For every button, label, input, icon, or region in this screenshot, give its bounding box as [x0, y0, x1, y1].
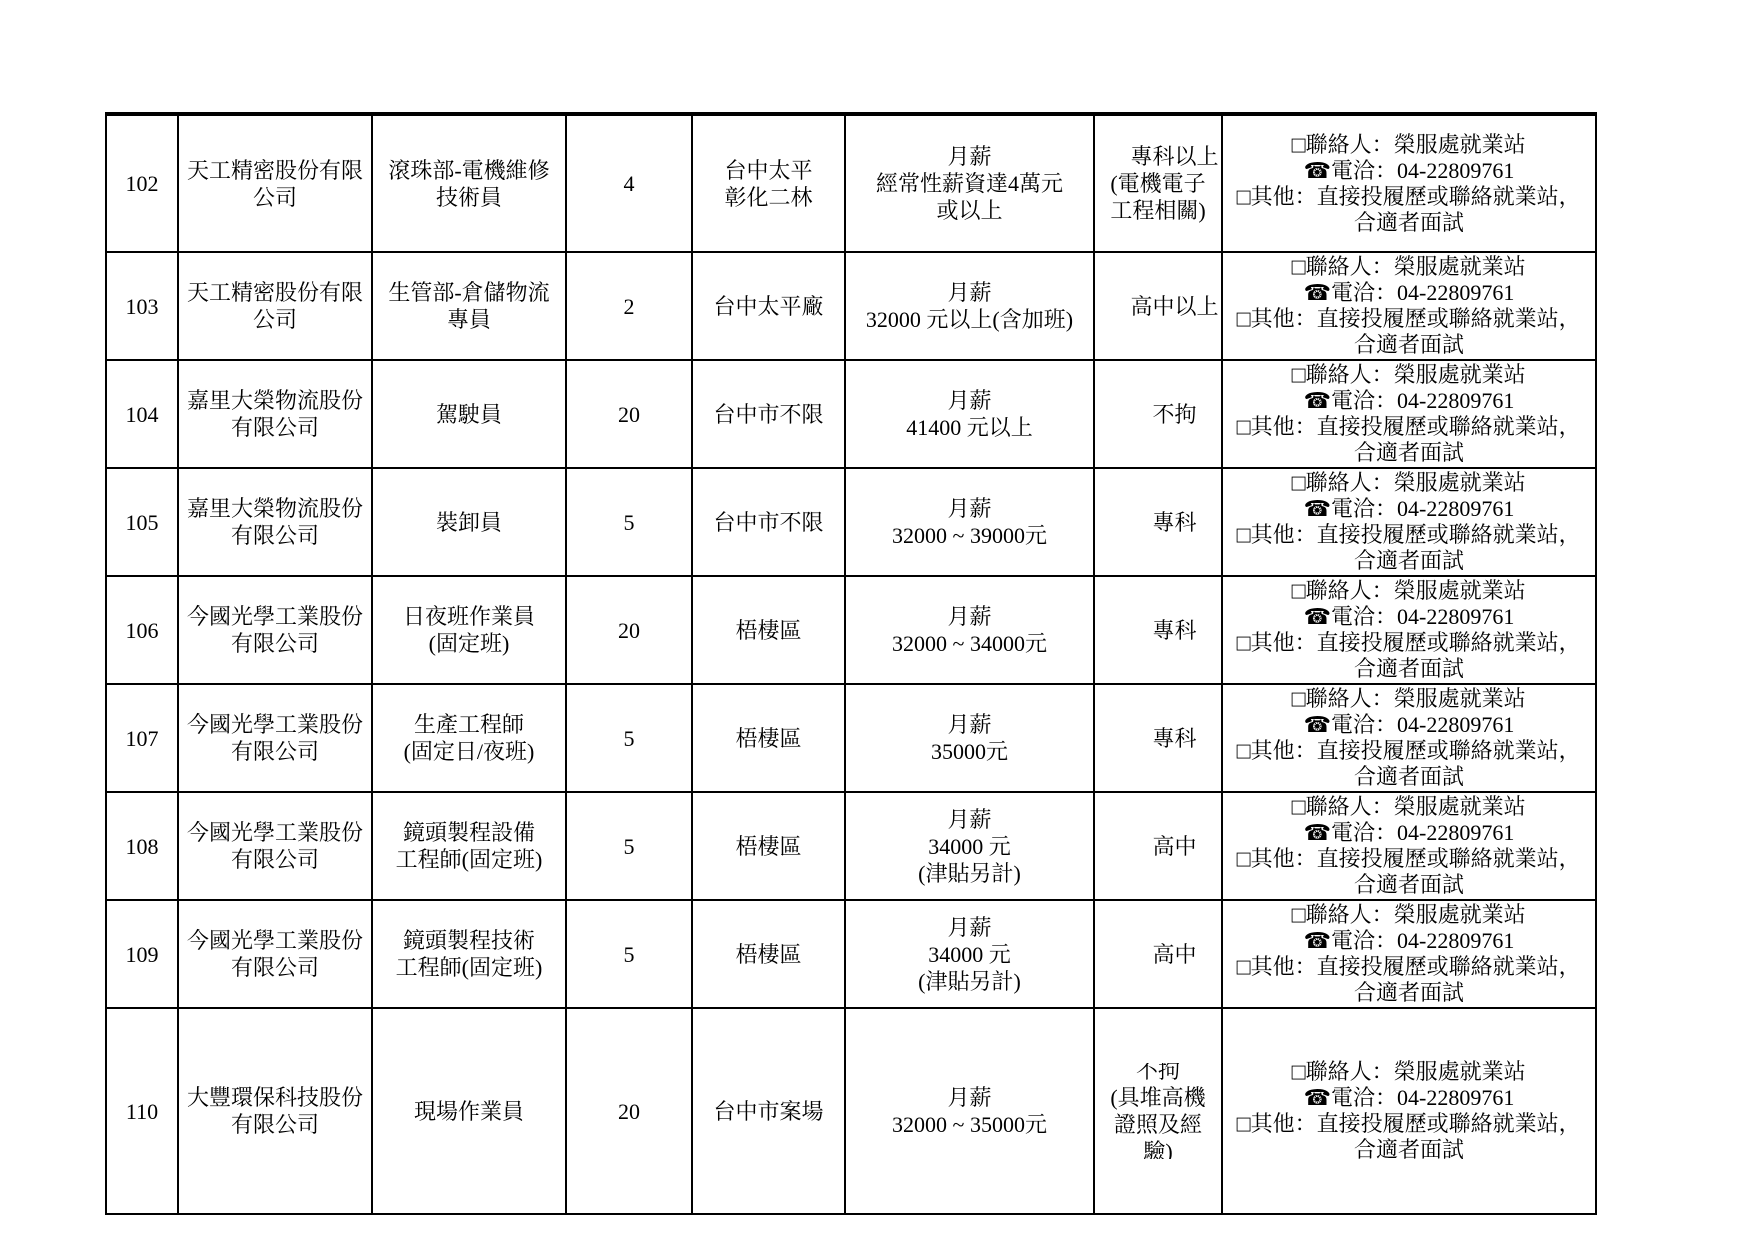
contact-phone-text: 電洽：04-22809761: [1331, 604, 1514, 629]
contact-phone-text: 電洽：04-22809761: [1331, 496, 1514, 521]
row-number: 104: [106, 360, 178, 468]
checkbox-icon: □: [1237, 846, 1251, 872]
education-text: 高中: [1152, 942, 1196, 967]
phone-icon: ☎: [1304, 496, 1331, 522]
contact-person-line: □聯絡人：榮服處就業站: [1223, 686, 1595, 712]
education-text: 不拘: [1152, 402, 1196, 427]
contact-phone-line: ☎電洽：04-22809761: [1223, 604, 1595, 630]
contact-person-line: □聯絡人：榮服處就業站: [1223, 362, 1595, 388]
checkbox-icon: □: [1237, 954, 1251, 980]
contact-person-text: 聯絡人：榮服處就業站: [1306, 902, 1526, 927]
salary-cell: 月薪 34000 元 (津貼另計): [845, 792, 1094, 900]
contact-other-line: □其他：直接投履歷或聯絡就業站，: [1223, 846, 1595, 872]
company-cell: 今國光學工業股份 有限公司: [178, 792, 372, 900]
phone-icon: ☎: [1304, 388, 1331, 414]
openings-count-cell: 5: [566, 900, 692, 1008]
contact-other-line: □其他：直接投履歷或聯絡就業站，: [1223, 184, 1595, 210]
contact-cell: □聯絡人：榮服處就業站 ☎電洽：04-22809761 □其他：直接投履歷或聯絡…: [1222, 576, 1596, 684]
openings-count-cell: 20: [566, 1008, 692, 1214]
contact-person-line: □聯絡人：榮服處就業站: [1223, 794, 1595, 820]
contact-person-text: 聯絡人：榮服處就業站: [1306, 470, 1526, 495]
openings-count-cell: 5: [566, 468, 692, 576]
location-cell: 台中市不限: [692, 360, 845, 468]
company-cell: 大豐環保科技股份 有限公司: [178, 1008, 372, 1214]
contact-other-line: □其他：直接投履歷或聯絡就業站，: [1223, 954, 1595, 980]
contact-other-text: 其他：直接投履歷或聯絡就業站，: [1251, 1111, 1581, 1136]
openings-count-cell: 5: [566, 792, 692, 900]
location-cell: 梧棲區: [692, 684, 845, 792]
openings-count-cell: 2: [566, 252, 692, 360]
contact-phone-text: 電洽：04-22809761: [1331, 1085, 1514, 1110]
education-text: 專科: [1152, 726, 1196, 751]
table-row: 105 嘉里大榮物流股份 有限公司 裝卸員 5 台中市不限 月薪 32000 ~…: [106, 468, 1596, 576]
contact-person-line: □聯絡人：榮服處就業站: [1223, 254, 1595, 280]
contact-person-text: 聯絡人：榮服處就業站: [1306, 362, 1526, 387]
contact-other-continuation: 合適者面試: [1223, 1137, 1595, 1163]
table-row: 104 嘉里大榮物流股份 有限公司 駕駛員 20 台中市不限 月薪 41400 …: [106, 360, 1596, 468]
education-cell: 高中: [1094, 792, 1222, 900]
contact-cell: □聯絡人：榮服處就業站 ☎電洽：04-22809761 □其他：直接投履歷或聯絡…: [1222, 900, 1596, 1008]
row-number: 102: [106, 114, 178, 252]
page: { "icons": { "checkbox": "□", "phone": "…: [0, 0, 1755, 1241]
contact-cell: □聯絡人：榮服處就業站 ☎電洽：04-22809761 □其他：直接投履歷或聯絡…: [1222, 360, 1596, 468]
location-cell: 台中太平廠: [692, 252, 845, 360]
contact-person-text: 聯絡人：榮服處就業站: [1306, 794, 1526, 819]
job-title-cell: 滾珠部-電機維修 技術員: [372, 114, 566, 252]
contact-other-cont-text: 合適者面試: [1354, 210, 1464, 235]
checkbox-icon: □: [1237, 630, 1251, 656]
contact-phone-line: ☎電洽：04-22809761: [1223, 280, 1595, 306]
contact-other-text: 其他：直接投履歷或聯絡就業站，: [1251, 630, 1581, 655]
contact-other-line: □其他：直接投履歷或聯絡就業站，: [1223, 522, 1595, 548]
contact-person-text: 聯絡人：榮服處就業站: [1306, 1059, 1526, 1084]
contact-other-cont-text: 合適者面試: [1354, 332, 1464, 357]
contact-phone-text: 電洽：04-22809761: [1331, 820, 1514, 845]
contact-person-line: □聯絡人：榮服處就業站: [1223, 1059, 1595, 1085]
table-row: 103 天工精密股份有限 公司 生管部-倉儲物流 專員 2 台中太平廠 月薪 3…: [106, 252, 1596, 360]
education-cell: 高中: [1094, 900, 1222, 1008]
contact-person-text: 聯絡人：榮服處就業站: [1306, 132, 1526, 157]
row-number: 108: [106, 792, 178, 900]
contact-person-text: 聯絡人：榮服處就業站: [1306, 578, 1526, 603]
contact-other-cont-text: 合適者面試: [1354, 656, 1464, 681]
contact-other-cont-text: 合適者面試: [1354, 980, 1464, 1005]
salary-cell: 月薪 35000元: [845, 684, 1094, 792]
checkbox-icon: □: [1292, 686, 1306, 712]
contact-cell: □聯絡人：榮服處就業站 ☎電洽：04-22809761 □其他：直接投履歷或聯絡…: [1222, 114, 1596, 252]
contact-person-text: 聯絡人：榮服處就業站: [1306, 686, 1526, 711]
contact-other-cont-text: 合適者面試: [1354, 1137, 1464, 1162]
contact-other-continuation: 合適者面試: [1223, 440, 1595, 466]
contact-other-continuation: 合適者面試: [1223, 332, 1595, 358]
contact-person-line: □聯絡人：榮服處就業站: [1223, 470, 1595, 496]
education-text: 高中以上: [1130, 294, 1218, 319]
row-number: 106: [106, 576, 178, 684]
location-cell: 梧棲區: [692, 576, 845, 684]
contact-other-line: □其他：直接投履歷或聯絡就業站，: [1223, 738, 1595, 764]
company-cell: 天工精密股份有限 公司: [178, 252, 372, 360]
company-cell: 今國光學工業股份 有限公司: [178, 576, 372, 684]
checkbox-icon: □: [1237, 522, 1251, 548]
contact-other-text: 其他：直接投履歷或聯絡就業站，: [1251, 522, 1581, 547]
education-cell: 專科: [1094, 468, 1222, 576]
checkbox-icon: □: [1292, 794, 1306, 820]
row-number: 110: [106, 1008, 178, 1214]
contact-other-cont-text: 合適者面試: [1354, 872, 1464, 897]
checkbox-icon: □: [1237, 184, 1251, 210]
job-title-cell: 日夜班作業員 (固定班): [372, 576, 566, 684]
table-row: 106 今國光學工業股份 有限公司 日夜班作業員 (固定班) 20 梧棲區 月薪…: [106, 576, 1596, 684]
education-cell: 專科: [1094, 684, 1222, 792]
checkbox-icon: □: [1292, 902, 1306, 928]
education-cell: 專科: [1094, 576, 1222, 684]
contact-other-cont-text: 合適者面試: [1354, 440, 1464, 465]
contact-other-text: 其他：直接投履歷或聯絡就業站，: [1251, 306, 1581, 331]
checkbox-icon: □: [1292, 132, 1306, 158]
contact-person-line: □聯絡人：榮服處就業站: [1223, 578, 1595, 604]
phone-icon: ☎: [1304, 712, 1331, 738]
contact-other-continuation: 合適者面試: [1223, 980, 1595, 1006]
contact-phone-line: ☎電洽：04-22809761: [1223, 496, 1595, 522]
education-cell: 不拘: [1094, 360, 1222, 468]
phone-icon: ☎: [1304, 928, 1331, 954]
location-cell: 台中市不限: [692, 468, 845, 576]
checkbox-icon: □: [1237, 414, 1251, 440]
contact-other-cont-text: 合適者面試: [1354, 548, 1464, 573]
job-title-cell: 鏡頭製程設備 工程師(固定班): [372, 792, 566, 900]
salary-cell: 月薪 32000 元以上(含加班): [845, 252, 1094, 360]
checkbox-icon: □: [1292, 254, 1306, 280]
job-title-cell: 生產工程師 (固定日/夜班): [372, 684, 566, 792]
row-number: 103: [106, 252, 178, 360]
openings-count-cell: 5: [566, 684, 692, 792]
contact-person-line: □聯絡人：榮服處就業站: [1223, 132, 1595, 158]
contact-other-text: 其他：直接投履歷或聯絡就業站，: [1251, 954, 1581, 979]
education-text: 專科以上 (電機電子 工程相關): [1110, 144, 1218, 223]
phone-icon: ☎: [1304, 604, 1331, 630]
checkbox-icon: □: [1292, 362, 1306, 388]
education-cell: 專科以上 (電機電子 工程相關): [1094, 114, 1222, 252]
openings-count-cell: 20: [566, 360, 692, 468]
contact-phone-text: 電洽：04-22809761: [1331, 712, 1514, 737]
contact-other-text: 其他：直接投履歷或聯絡就業站，: [1251, 414, 1581, 439]
checkbox-icon: □: [1292, 578, 1306, 604]
checkbox-icon: □: [1237, 306, 1251, 332]
contact-other-continuation: 合適者面試: [1223, 656, 1595, 682]
contact-phone-line: ☎電洽：04-22809761: [1223, 712, 1595, 738]
contact-phone-line: ☎電洽：04-22809761: [1223, 158, 1595, 184]
contact-other-cont-text: 合適者面試: [1354, 764, 1464, 789]
contact-other-continuation: 合適者面試: [1223, 210, 1595, 236]
contact-person-line: □聯絡人：榮服處就業站: [1223, 902, 1595, 928]
job-listing-table: 102 天工精密股份有限 公司 滾珠部-電機維修 技術員 4 台中太平 彰化二林…: [105, 112, 1597, 1215]
contact-other-line: □其他：直接投履歷或聯絡就業站，: [1223, 1111, 1595, 1137]
education-text: 專科: [1152, 510, 1196, 535]
contact-phone-line: ☎電洽：04-22809761: [1223, 820, 1595, 846]
row-number: 105: [106, 468, 178, 576]
table-row: 110 大豐環保科技股份 有限公司 現場作業員 20 台中市案場 月薪 3200…: [106, 1008, 1596, 1214]
checkbox-icon: □: [1237, 1111, 1251, 1137]
contact-other-line: □其他：直接投履歷或聯絡就業站，: [1223, 414, 1595, 440]
row-number: 109: [106, 900, 178, 1008]
contact-other-continuation: 合適者面試: [1223, 764, 1595, 790]
education-cell: 高中以上: [1094, 252, 1222, 360]
table-row: 109 今國光學工業股份 有限公司 鏡頭製程技術 工程師(固定班) 5 梧棲區 …: [106, 900, 1596, 1008]
openings-count-cell: 20: [566, 576, 692, 684]
company-cell: 嘉里大榮物流股份 有限公司: [178, 360, 372, 468]
checkbox-icon: □: [1292, 470, 1306, 496]
company-cell: 今國光學工業股份 有限公司: [178, 900, 372, 1008]
phone-icon: ☎: [1304, 820, 1331, 846]
location-cell: 台中市案場: [692, 1008, 845, 1214]
job-title-cell: 裝卸員: [372, 468, 566, 576]
location-cell: 梧棲區: [692, 792, 845, 900]
contact-phone-line: ☎電洽：04-22809761: [1223, 388, 1595, 414]
contact-other-line: □其他：直接投履歷或聯絡就業站，: [1223, 306, 1595, 332]
salary-cell: 月薪 41400 元以上: [845, 360, 1094, 468]
salary-cell: 月薪 34000 元 (津貼另計): [845, 900, 1094, 1008]
checkbox-icon: □: [1292, 1059, 1306, 1085]
contact-phone-text: 電洽：04-22809761: [1331, 928, 1514, 953]
contact-cell: □聯絡人：榮服處就業站 ☎電洽：04-22809761 □其他：直接投履歷或聯絡…: [1222, 684, 1596, 792]
table-row: 108 今國光學工業股份 有限公司 鏡頭製程設備 工程師(固定班) 5 梧棲區 …: [106, 792, 1596, 900]
location-cell: 梧棲區: [692, 900, 845, 1008]
contact-other-continuation: 合適者面試: [1223, 872, 1595, 898]
contact-other-continuation: 合適者面試: [1223, 548, 1595, 574]
contact-phone-line: ☎電洽：04-22809761: [1223, 1085, 1595, 1111]
education-cell: 不拘 (具堆高機 證照及經 驗): [1094, 1008, 1222, 1214]
contact-cell: □聯絡人：榮服處就業站 ☎電洽：04-22809761 □其他：直接投履歷或聯絡…: [1222, 1008, 1596, 1214]
contact-cell: □聯絡人：榮服處就業站 ☎電洽：04-22809761 □其他：直接投履歷或聯絡…: [1222, 792, 1596, 900]
education-text: 專科: [1152, 618, 1196, 643]
table-row: 102 天工精密股份有限 公司 滾珠部-電機維修 技術員 4 台中太平 彰化二林…: [106, 114, 1596, 252]
contact-other-text: 其他：直接投履歷或聯絡就業站，: [1251, 846, 1581, 871]
contact-cell: □聯絡人：榮服處就業站 ☎電洽：04-22809761 □其他：直接投履歷或聯絡…: [1222, 468, 1596, 576]
salary-cell: 月薪 32000 ~ 35000元: [845, 1008, 1094, 1214]
phone-icon: ☎: [1304, 158, 1331, 184]
job-title-cell: 鏡頭製程技術 工程師(固定班): [372, 900, 566, 1008]
phone-icon: ☎: [1304, 280, 1331, 306]
job-title-cell: 生管部-倉儲物流 專員: [372, 252, 566, 360]
contact-other-line: □其他：直接投履歷或聯絡就業站，: [1223, 630, 1595, 656]
checkbox-icon: □: [1237, 738, 1251, 764]
contact-cell: □聯絡人：榮服處就業站 ☎電洽：04-22809761 □其他：直接投履歷或聯絡…: [1222, 252, 1596, 360]
contact-phone-line: ☎電洽：04-22809761: [1223, 928, 1595, 954]
contact-phone-text: 電洽：04-22809761: [1331, 280, 1514, 305]
location-cell: 台中太平 彰化二林: [692, 114, 845, 252]
job-title-cell: 現場作業員: [372, 1008, 566, 1214]
row-number: 107: [106, 684, 178, 792]
company-cell: 今國光學工業股份 有限公司: [178, 684, 372, 792]
company-cell: 嘉里大榮物流股份 有限公司: [178, 468, 372, 576]
contact-phone-text: 電洽：04-22809761: [1331, 158, 1514, 183]
contact-person-text: 聯絡人：榮服處就業站: [1306, 254, 1526, 279]
phone-icon: ☎: [1304, 1085, 1331, 1111]
contact-phone-text: 電洽：04-22809761: [1331, 388, 1514, 413]
salary-cell: 月薪 經常性薪資達4萬元 或以上: [845, 114, 1094, 252]
salary-cell: 月薪 32000 ~ 39000元: [845, 468, 1094, 576]
job-title-cell: 駕駛員: [372, 360, 566, 468]
education-text: 高中: [1152, 834, 1196, 859]
contact-other-text: 其他：直接投履歷或聯絡就業站，: [1251, 184, 1581, 209]
openings-count-cell: 4: [566, 114, 692, 252]
salary-cell: 月薪 32000 ~ 34000元: [845, 576, 1094, 684]
education-text: 不拘 (具堆高機 證照及經 驗): [1095, 1063, 1221, 1159]
company-cell: 天工精密股份有限 公司: [178, 114, 372, 252]
contact-other-text: 其他：直接投履歷或聯絡就業站，: [1251, 738, 1581, 763]
table-row: 107 今國光學工業股份 有限公司 生產工程師 (固定日/夜班) 5 梧棲區 月…: [106, 684, 1596, 792]
